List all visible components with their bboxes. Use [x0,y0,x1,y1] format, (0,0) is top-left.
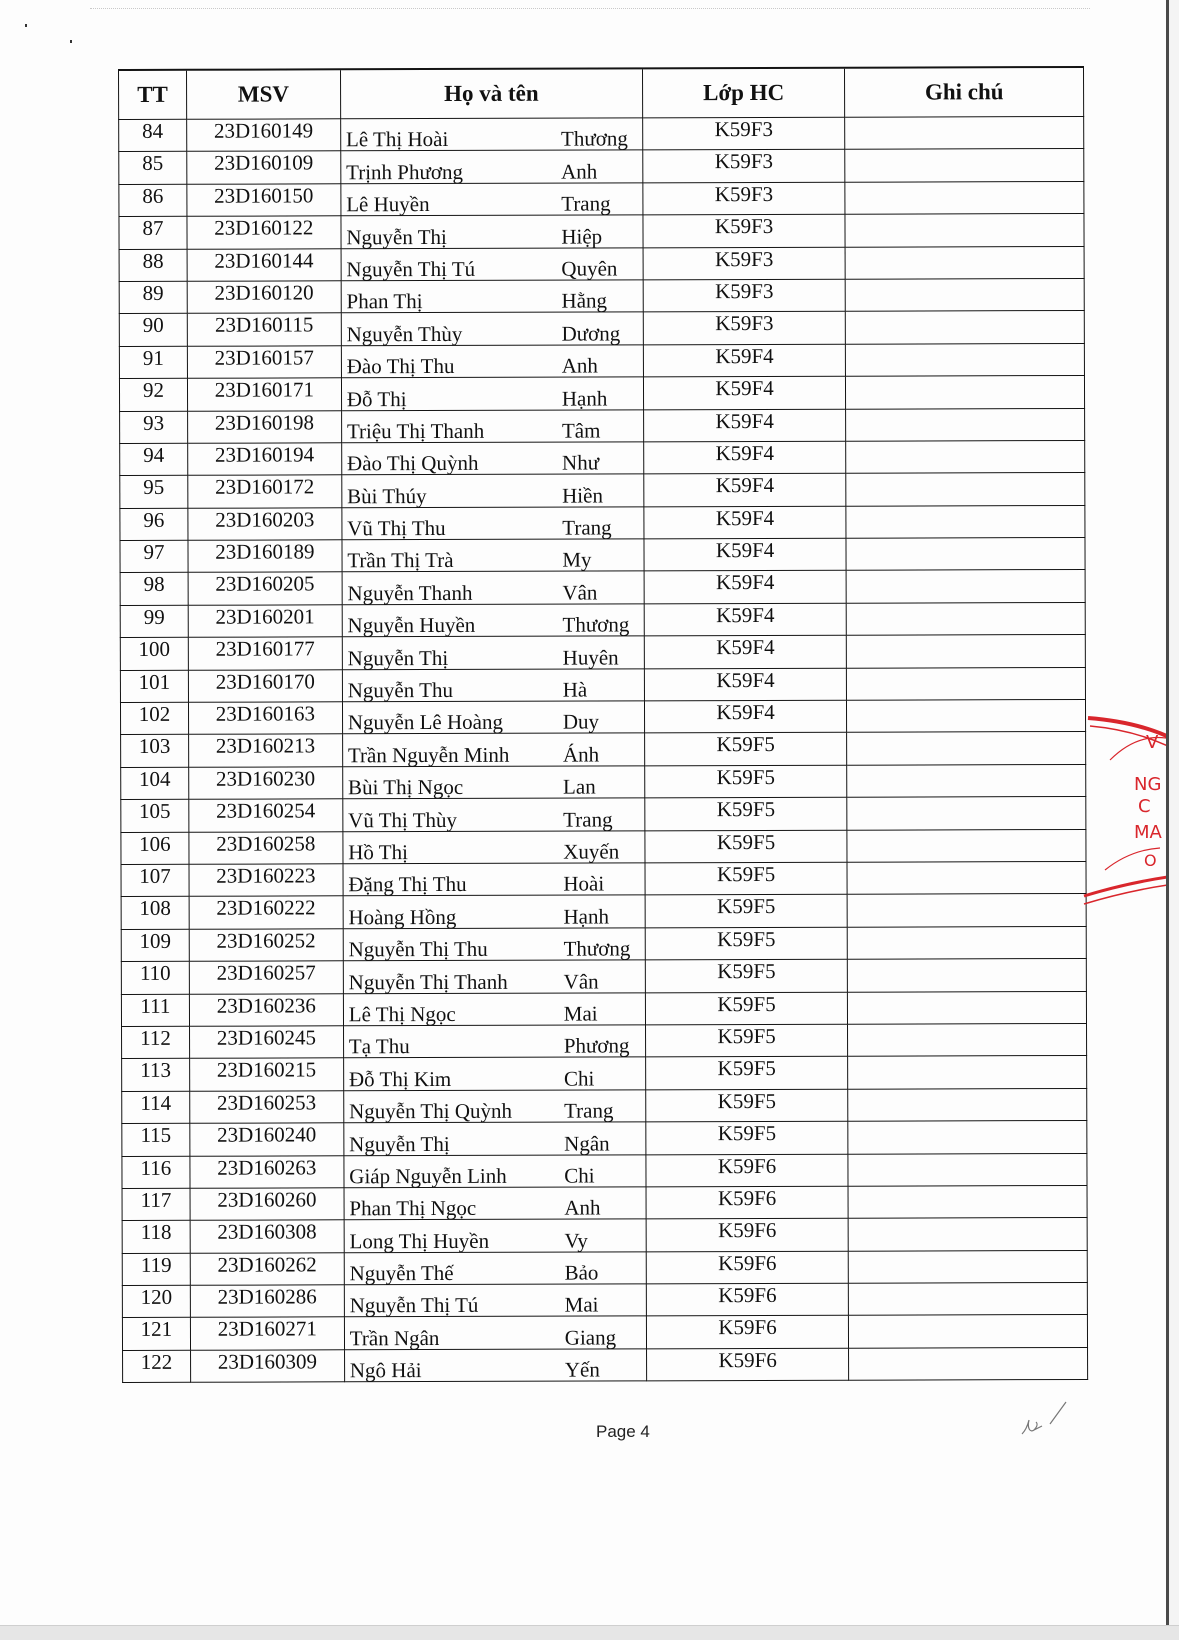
cell-note [848,959,1087,992]
cell-class: K59F6 [646,1218,849,1251]
cell-class: K59F5 [645,1024,848,1057]
cell-full-name: Đào Thị QuỳnhNhư [341,442,643,475]
cell-student-id: 23D160172 [188,475,342,508]
cell-full-name: Lê HuyềnTrang [341,183,643,216]
table-row: 11823D160308Long Thị HuyềnVyK59F6 [122,1218,1087,1253]
cell-full-name: Phan Thị NgọcAnh [344,1187,646,1220]
cell-full-name: Nguyễn Thị TúMai [344,1284,646,1317]
cell-class: K59F4 [644,668,847,701]
table-row: 10123D160170Nguyễn ThuHàK59F4 [120,667,1085,702]
cell-tt: 86 [119,184,187,217]
cell-tt: 104 [121,767,189,800]
cell-tt: 119 [122,1253,190,1286]
cell-class: K59F6 [646,1186,849,1219]
cell-class: K59F3 [643,312,846,345]
cell-surname: Nguyễn Thị Tú [341,258,561,281]
cell-full-name: Triệu Thị ThanhTâm [341,409,643,442]
cell-class: K59F4 [643,441,846,474]
student-roster-table: TT MSV Họ và tên Lớp HC Ghi chú 8423D160… [118,66,1088,1383]
cell-tt: 111 [121,994,189,1027]
cell-student-id: 23D160245 [189,1026,343,1059]
cell-note [846,376,1085,409]
svg-text:MA: MA [1134,822,1163,843]
cell-full-name: Bùi ThúyHiền [342,474,644,507]
table-row: 11523D160240Nguyễn ThịNgânK59F5 [122,1121,1087,1156]
table-row: 11623D160263Giáp Nguyễn LinhChiK59F6 [122,1153,1087,1188]
cell-class: K59F4 [643,376,846,409]
svg-text:V: V [1146,732,1159,753]
cell-student-id: 23D160201 [188,605,342,638]
cell-note [849,1250,1088,1283]
cell-full-name: Hồ ThịXuyến [343,830,645,863]
cell-class: K59F6 [646,1154,849,1187]
cell-class: K59F4 [644,700,847,733]
cell-student-id: 23D160189 [188,540,342,573]
cell-given-name: Hằng [561,290,642,312]
cell-note [848,1153,1087,1186]
cell-tt: 113 [122,1059,190,1092]
cell-student-id: 23D160203 [188,507,342,540]
cell-tt: 103 [121,735,189,768]
cell-given-name: Bảo [565,1261,646,1283]
cell-student-id: 23D160194 [188,443,342,476]
cell-given-name: Yến [565,1359,646,1381]
cell-full-name: Nguyễn ThịHiệp [341,215,643,248]
cell-tt: 118 [122,1221,190,1254]
cell-given-name: Vân [562,581,643,603]
cell-note [848,1088,1087,1121]
cell-given-name: Ngân [564,1132,645,1154]
cell-note [847,732,1086,765]
cell-surname: Nguyễn Thị [343,646,563,669]
cell-surname: Nguyễn Thị Quỳnh [344,1100,564,1123]
cell-tt: 121 [122,1318,190,1351]
table-row: 9623D160203Vũ Thị ThuTrangK59F4 [120,505,1085,540]
cell-note [848,1056,1087,1089]
cell-full-name: Nguyễn ThếBảo [344,1252,646,1285]
cell-tt: 106 [121,832,189,865]
cell-note [847,829,1086,862]
table-row: 8423D160149Lê Thị HoàiThươngK59F3 [119,116,1084,151]
cell-student-id: 23D160230 [189,767,343,800]
cell-class: K59F4 [644,635,847,668]
cell-class: K59F3 [642,150,845,183]
cell-class: K59F5 [645,797,848,830]
cell-full-name: Lê Thị NgọcMai [343,992,645,1025]
cell-student-id: 23D160309 [190,1350,344,1383]
cell-given-name: Dương [562,322,643,344]
cell-surname: Tạ Thu [344,1035,564,1058]
cell-note [847,635,1086,668]
cell-student-id: 23D160177 [188,637,342,670]
cell-given-name: Ánh [563,743,644,765]
cell-tt: 122 [123,1350,191,1383]
cell-full-name: Phan ThịHằng [341,280,643,313]
cell-surname: Nguyễn Huyền [342,614,562,637]
cell-full-name: Nguyễn ThịHuyên [342,636,644,669]
cell-full-name: Đào Thị ThuAnh [341,345,643,378]
cell-given-name: Trang [563,808,644,830]
cell-note [846,343,1085,376]
table-row: 12123D160271Trần NgânGiangK59F6 [122,1315,1087,1350]
cell-student-id: 23D160286 [190,1285,344,1318]
table-row: 9523D160172Bùi ThúyHiềnK59F4 [120,473,1085,508]
cell-note [846,570,1085,603]
cell-student-id: 23D160144 [187,248,341,281]
cell-given-name: Thương [561,128,642,150]
cell-given-name: Mai [564,1002,645,1024]
cell-full-name: Nguyễn ThuHà [342,668,644,701]
table-row: 10423D160230Bùi Thị NgọcLanK59F5 [121,764,1086,799]
viewer-bottom-edge [0,1625,1179,1640]
cell-note [845,149,1084,182]
cell-given-name: Giang [565,1326,646,1348]
cell-note [848,1023,1087,1056]
table-row: 8623D160150Lê HuyềnTrangK59F3 [119,181,1084,216]
table-body: 8423D160149Lê Thị HoàiThươngK59F38523D16… [119,116,1088,1382]
cell-tt: 114 [122,1091,190,1124]
cell-tt: 112 [122,1026,190,1059]
cell-tt: 91 [119,346,187,379]
cell-class: K59F4 [644,506,847,539]
cell-full-name: Nguyễn Thị QuỳnhTrang [343,1090,645,1123]
table-row: 10923D160252Nguyễn Thị ThuThươngK59F5 [121,926,1086,961]
cell-full-name: Nguyễn HuyềnThương [342,604,644,637]
cell-student-id: 23D160257 [189,961,343,994]
cell-student-id: 23D160222 [189,896,343,929]
cell-given-name: Chi [564,1164,645,1186]
cell-full-name: Bùi Thị NgọcLan [342,766,644,799]
cell-given-name: Hiệp [561,225,642,247]
cell-surname: Đỗ Thị Kim [344,1067,564,1090]
cell-tt: 110 [121,961,189,994]
cell-class: K59F3 [642,117,845,150]
scan-artifact-line [90,8,1090,11]
cell-class: K59F5 [645,895,848,928]
header-full-name: Họ và tên [340,68,642,118]
cell-surname: Đào Thị Quỳnh [342,452,562,475]
cell-note [849,1315,1088,1348]
cell-note [845,116,1084,149]
cell-class: K59F6 [646,1283,849,1316]
cell-surname: Trần Ngân [345,1326,565,1349]
cell-given-name: Mai [565,1294,646,1316]
header-note: Ghi chú [845,67,1084,117]
cell-full-name: Nguyễn Thị ThuThương [343,928,645,961]
cell-surname: Trần Nguyễn Minh [343,743,563,766]
cell-surname: Đặng Thị Thu [343,873,563,896]
cell-tt: 95 [120,476,188,509]
cell-tt: 117 [122,1188,190,1221]
cell-note [846,505,1085,538]
cell-full-name: Trần NgânGiang [344,1316,646,1349]
cell-tt: 85 [119,152,187,185]
cell-full-name: Lê Thị HoàiThương [340,118,642,151]
cell-surname: Lê Huyền [341,193,561,216]
cell-class: K59F4 [644,538,847,571]
cell-tt: 109 [121,929,189,962]
cell-given-name: Hạnh [562,387,643,409]
cell-note [849,1283,1088,1316]
table-row: 11323D160215Đỗ Thị KimChiK59F5 [122,1056,1087,1091]
table-row: 12223D160309Ngô HảiYếnK59F6 [123,1347,1088,1382]
cell-surname: Nguyễn Lê Hoàng [343,711,563,734]
cell-given-name: Hoài [563,873,644,895]
table-row: 8523D160109Trịnh PhươngAnhK59F3 [119,149,1084,184]
table-row: 11423D160253Nguyễn Thị QuỳnhTrangK59F5 [122,1088,1087,1123]
cell-given-name: Tâm [562,419,643,441]
cell-class: K59F5 [645,992,848,1025]
cell-full-name: Nguyễn ThịNgân [344,1122,646,1155]
cell-class: K59F3 [643,214,846,247]
cell-tt: 88 [119,249,187,282]
table-row: 11223D160245Tạ ThuPhươngK59F5 [122,1023,1087,1058]
cell-given-name: Trang [561,193,642,215]
cell-class: K59F4 [644,603,847,636]
cell-student-id: 23D160215 [190,1058,344,1091]
cell-tt: 90 [119,314,187,347]
cell-given-name: Anh [562,354,643,376]
cell-given-name: Duy [563,711,644,733]
cell-student-id: 23D160258 [189,831,343,864]
cell-full-name: Đỗ ThịHạnh [341,377,643,410]
cell-surname: Ngô Hải [345,1359,565,1382]
cell-surname: Trịnh Phương [341,160,561,183]
cell-given-name: Thương [564,938,645,960]
table-row: 10723D160223Đặng Thị ThuHoàiK59F5 [121,861,1086,896]
cell-given-name: Huyên [563,646,644,668]
cell-full-name: Nguyễn ThùyDương [341,312,643,345]
cell-given-name: Quyên [561,257,642,279]
cell-student-id: 23D160150 [187,184,341,217]
cell-full-name: Đỗ Thị KimChi [343,1057,645,1090]
table-row: 8723D160122Nguyễn ThịHiệpK59F3 [119,214,1084,249]
cell-class: K59F4 [644,474,847,507]
cell-note [846,440,1085,473]
cell-surname: Trần Thị Trà [342,549,562,572]
cell-student-id: 23D160240 [190,1123,344,1156]
cell-student-id: 23D160115 [187,313,341,346]
page-number: Page 4 [596,1422,650,1442]
cell-class: K59F6 [646,1316,849,1349]
cell-given-name: Như [562,452,643,474]
table-row: 9023D160115Nguyễn ThùyDươngK59F3 [119,311,1084,346]
cell-given-name: Phương [564,1035,645,1057]
cell-note [845,246,1084,279]
table-row: 9723D160189Trần Thị TràMyK59F4 [120,538,1085,573]
cell-tt: 93 [120,411,188,444]
cell-student-id: 23D160271 [190,1317,344,1350]
table-header-row: TT MSV Họ và tên Lớp HC Ghi chú [119,67,1084,120]
cell-note [846,311,1085,344]
cell-surname: Nguyễn Thùy [342,322,562,345]
cell-full-name: Ngô HảiYến [344,1349,646,1382]
cell-class: K59F5 [645,1057,848,1090]
cell-surname: Nguyễn Thế [345,1262,565,1285]
cell-surname: Nguyễn Thị Thanh [344,970,564,993]
cell-full-name: Trịnh PhươngAnh [341,150,643,183]
cell-note [846,473,1085,506]
cell-note [847,764,1086,797]
table-row: 11923D160262Nguyễn ThếBảoK59F6 [122,1250,1087,1285]
cell-note [848,1185,1087,1218]
cell-class: K59F5 [645,830,848,863]
cell-surname: Nguyễn Thu [343,679,563,702]
cell-class: K59F5 [645,862,848,895]
cell-note [846,408,1085,441]
cell-given-name: Xuyến [563,840,644,862]
cell-student-id: 23D160157 [187,346,341,379]
cell-student-id: 23D160170 [188,669,342,702]
scan-speck [25,24,27,27]
cell-class: K59F5 [645,927,848,960]
cell-class: K59F4 [643,409,846,442]
cell-full-name: Nguyễn Thị ThanhVân [343,960,645,993]
cell-student-id: 23D160223 [189,864,343,897]
cell-full-name: Nguyễn Thị TúQuyên [341,247,643,280]
cell-surname: Giáp Nguyễn Linh [344,1164,564,1187]
cell-class: K59F3 [643,279,846,312]
cell-given-name: My [562,549,643,571]
cell-tt: 116 [122,1156,190,1189]
table-row: 11123D160236Lê Thị NgọcMaiK59F5 [121,991,1086,1026]
cell-surname: Triệu Thị Thanh [342,420,562,443]
cell-given-name: Vy [564,1229,645,1251]
cell-given-name: Hạnh [563,905,644,927]
cell-student-id: 23D160198 [187,410,341,443]
table-row: 9923D160201Nguyễn HuyềnThươngK59F4 [120,602,1085,637]
cell-full-name: Trần Thị TràMy [342,539,644,572]
cell-surname: Hồ Thị [343,841,563,864]
header-msv: MSV [186,69,340,119]
cell-surname: Nguyễn Thị Tú [345,1294,565,1317]
cell-tt: 84 [119,119,187,152]
official-red-stamp-icon: V NG C MA O [1080,700,1166,920]
cell-tt: 100 [120,638,188,671]
cell-full-name: Giáp Nguyễn LinhChi [344,1154,646,1187]
cell-tt: 97 [120,540,188,573]
cell-surname: Phan Thị [341,290,561,313]
signature-initials-icon [1020,1400,1070,1440]
svg-text:O: O [1144,851,1157,870]
scanned-page: TT MSV Họ và tên Lớp HC Ghi chú 8423D160… [0,0,1169,1625]
cell-surname: Hoàng Hồng [343,905,563,928]
header-tt: TT [119,70,187,120]
cell-student-id: 23D160254 [189,799,343,832]
cell-note [848,1121,1087,1154]
cell-student-id: 23D160122 [187,216,341,249]
cell-surname: Lê Thị Ngọc [344,1003,564,1026]
table-row: 9223D160171Đỗ ThịHạnhK59F4 [119,376,1084,411]
cell-full-name: Tạ ThuPhương [343,1025,645,1058]
cell-class: K59F6 [646,1251,849,1284]
cell-full-name: Vũ Thị ThuTrang [342,507,644,540]
cell-surname: Bùi Thúy [342,484,562,507]
cell-given-name: Hà [563,678,644,700]
svg-text:NG: NG [1134,774,1161,795]
cell-full-name: Nguyễn ThanhVân [342,571,644,604]
cell-student-id: 23D160205 [188,572,342,605]
cell-student-id: 23D160262 [190,1252,344,1285]
header-class: Lớp HC [642,68,845,118]
table-row: 10623D160258Hồ ThịXuyếnK59F5 [121,829,1086,864]
cell-given-name: Trang [562,516,643,538]
cell-student-id: 23D160253 [190,1091,344,1124]
cell-note [847,602,1086,635]
table-row: 10823D160222Hoàng HồngHạnhK59F5 [121,894,1086,929]
cell-class: K59F6 [646,1348,849,1381]
cell-class: K59F3 [643,247,846,280]
cell-given-name: Thương [562,614,643,636]
cell-surname: Nguyễn Thanh [342,581,562,604]
cell-tt: 98 [120,573,188,606]
cell-student-id: 23D160260 [190,1188,344,1221]
cell-student-id: 23D160263 [190,1155,344,1188]
cell-full-name: Trần Nguyễn MinhÁnh [342,733,644,766]
cell-class: K59F3 [643,182,846,215]
table-row: 10523D160254Vũ Thị ThùyTrangK59F5 [121,797,1086,832]
cell-full-name: Đặng Thị ThuHoài [343,863,645,896]
cell-note [846,538,1085,571]
cell-student-id: 23D160252 [189,929,343,962]
cell-tt: 115 [122,1123,190,1156]
cell-given-name: Lan [563,776,644,798]
cell-surname: Đỗ Thị [342,387,562,410]
scan-speck [70,40,72,43]
cell-tt: 92 [119,378,187,411]
table-row: 9423D160194Đào Thị QuỳnhNhưK59F4 [120,440,1085,475]
cell-full-name: Nguyễn Lê HoàngDuy [342,701,644,734]
cell-note [848,926,1087,959]
cell-surname: Phan Thị Ngọc [344,1197,564,1220]
cell-note [849,1218,1088,1251]
cell-tt: 105 [121,799,189,832]
cell-student-id: 23D160120 [187,281,341,314]
cell-note [847,667,1086,700]
cell-student-id: 23D160149 [187,119,341,152]
table-row: 12023D160286Nguyễn Thị TúMaiK59F6 [122,1283,1087,1318]
cell-tt: 99 [120,605,188,638]
cell-note [847,861,1086,894]
cell-full-name: Long Thị HuyềnVy [344,1219,646,1252]
table-row: 9323D160198Triệu Thị ThanhTâmK59F4 [120,408,1085,443]
table-row: 9123D160157Đào Thị ThuAnhK59F4 [119,343,1084,378]
cell-class: K59F5 [646,1121,849,1154]
cell-tt: 102 [120,702,188,735]
cell-given-name: Vân [564,970,645,992]
cell-class: K59F4 [644,571,847,604]
cell-student-id: 23D160236 [189,993,343,1026]
cell-class: K59F5 [644,733,847,766]
cell-surname: Nguyễn Thị [344,1132,564,1155]
table-row: 10223D160163Nguyễn Lê HoàngDuyK59F4 [120,699,1085,734]
cell-surname: Đào Thị Thu [342,355,562,378]
cell-given-name: Chi [564,1067,645,1089]
cell-note [847,699,1086,732]
cell-note [848,894,1087,927]
table-row: 10023D160177Nguyễn ThịHuyênK59F4 [120,635,1085,670]
cell-tt: 101 [120,670,188,703]
cell-class: K59F4 [643,344,846,377]
cell-given-name: Anh [561,160,642,182]
cell-surname: Vũ Thị Thùy [343,808,563,831]
cell-tt: 94 [120,443,188,476]
table-row: 8823D160144Nguyễn Thị TúQuyênK59F3 [119,246,1084,281]
cell-surname: Lê Thị Hoài [341,128,561,151]
cell-surname: Vũ Thị Thu [342,517,562,540]
cell-note [846,278,1085,311]
svg-text:C: C [1138,796,1151,817]
